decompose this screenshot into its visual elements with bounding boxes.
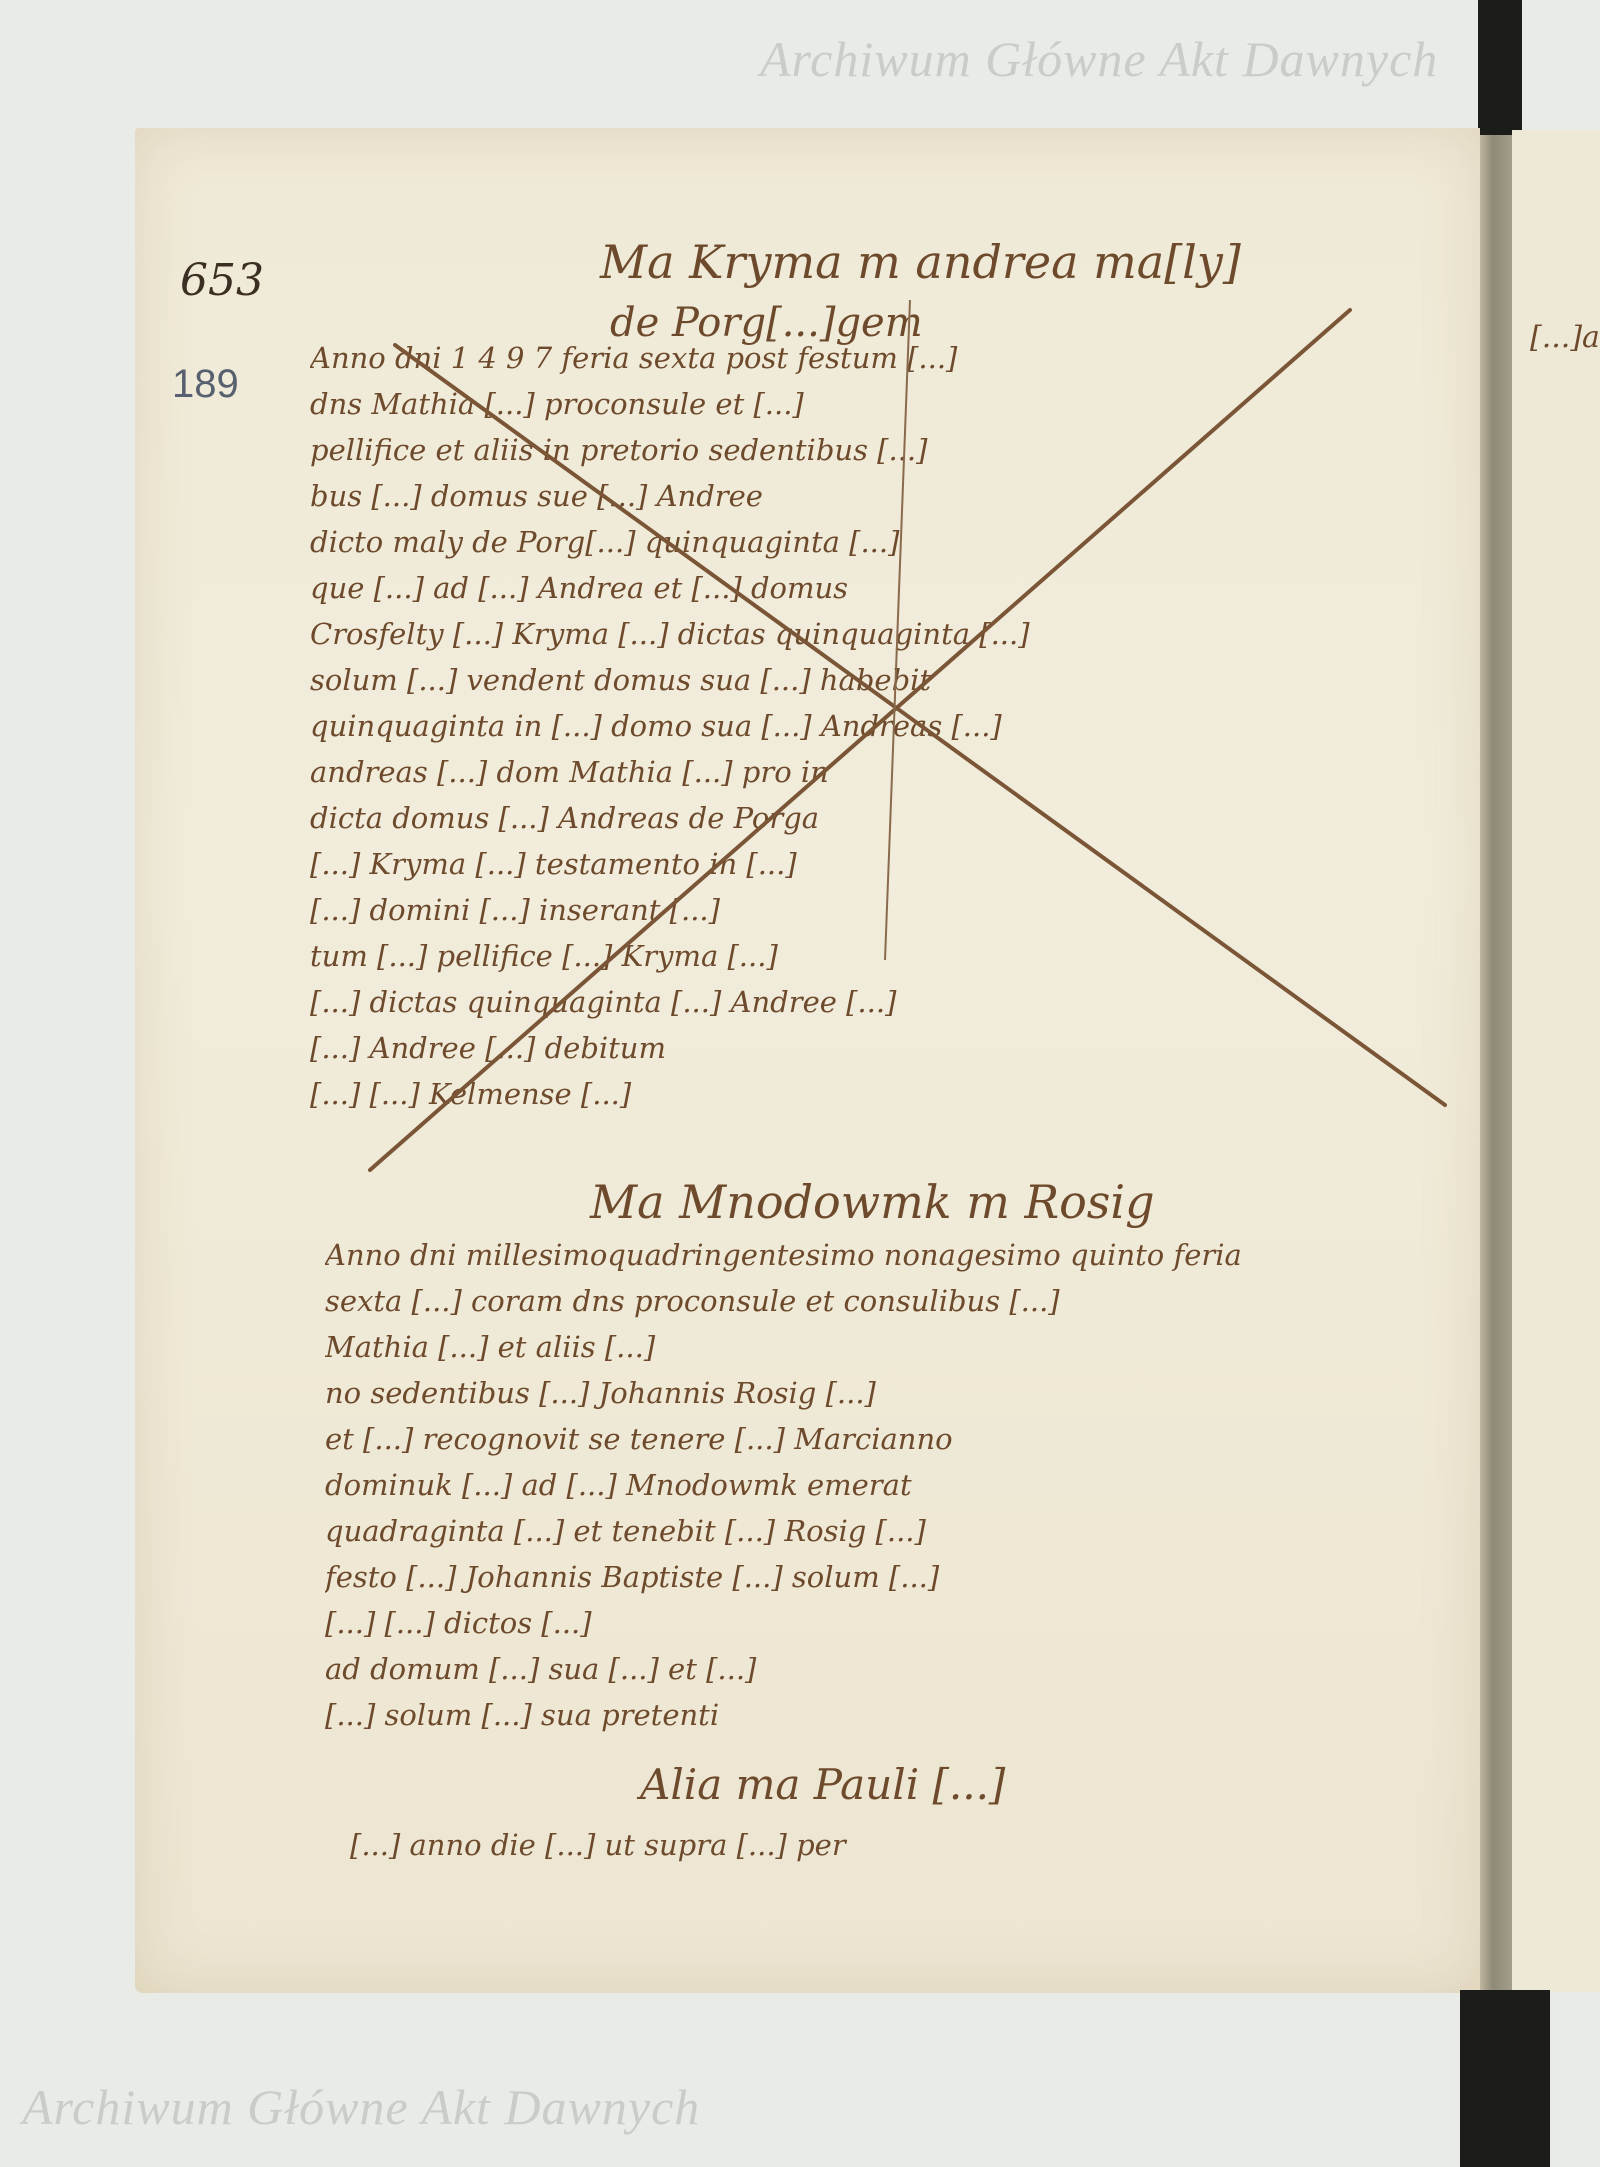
book-gutter [1480,135,1512,1995]
text-line: et [...] recognovit se tenere [...] Marc… [325,1416,1445,1462]
text-line: Anno dni 1 4 9 7 feria sexta post festum… [310,335,1440,381]
text-line: que [...] ad [...] Andrea et [...] domus [310,565,1440,611]
text-line: dicta domus [...] Andreas de Porga [310,795,1440,841]
facing-page-text: [...]ana [1530,320,1600,355]
text-line: quinquaginta in [...] domo sua [...] And… [310,703,1440,749]
text-line: no sedentibus [...] Johannis Rosig [...] [325,1370,1445,1416]
entry-1-heading: Ma Kryma m andrea ma[ly] [600,235,1241,289]
text-line: quadraginta [...] et tenebit [...] Rosig… [325,1508,1445,1554]
text-line: andreas [...] dom Mathia [...] pro in [310,749,1440,795]
binding-strip-top [1478,0,1522,135]
text-line: Mathia [...] et aliis [...] [325,1324,1445,1370]
text-line: dominuk [...] ad [...] Mnodowmk emerat [325,1462,1445,1508]
text-line: [...] domini [...] inserant [...] [310,887,1440,933]
text-line: solum [...] vendent domus sua [...] habe… [310,657,1440,703]
text-line: [...] solum [...] sua pretenti [325,1692,1445,1738]
text-line: tum [...] pellifice [...] Kryma [...] [310,933,1440,979]
facing-page-edge [1512,130,1600,1992]
entry-2-text: Anno dni millesimoquadringentesimo nonag… [325,1232,1445,1738]
entry-3-heading: Alia ma Pauli [...] [640,1760,1005,1809]
text-line: pellifice et aliis in pretorio sedentibu… [310,427,1440,473]
text-line: dns Mathia [...] proconsule et [...] [310,381,1440,427]
text-line: [...] anno die [...] ut supra [...] per [350,1822,1400,1868]
text-line: bus [...] domus sue [...] Andree [310,473,1440,519]
text-line: [...] [...] Kelmense [...] [310,1071,1440,1117]
binding-strip-bottom [1460,1990,1550,2167]
folio-number-pencil: 189 [172,362,239,407]
text-line: Crosfelty [...] Kryma [...] dictas quinq… [310,611,1440,657]
text-line: festo [...] Johannis Baptiste [...] solu… [325,1554,1445,1600]
text-line: [...] [...] dictos [...] [325,1600,1445,1646]
entry-1-text: Anno dni 1 4 9 7 feria sexta post festum… [310,335,1440,1117]
entry-3-text: [...] anno die [...] ut supra [...] per [350,1822,1400,1868]
archive-watermark-bottom: Archiwum Główne Akt Dawnych [22,2078,700,2136]
text-line: [...] Kryma [...] testamento in [...] [310,841,1440,887]
entry-2-heading: Ma Mnodowmk m Rosig [590,1175,1155,1229]
text-line: sexta [...] coram dns proconsule et cons… [325,1278,1445,1324]
text-line: dicto maly de Porg[...] quinquaginta [..… [310,519,1440,565]
folio-number-ink: 653 [180,255,264,306]
text-line: [...] Andree [...] debitum [310,1025,1440,1071]
archive-watermark-top: Archiwum Główne Akt Dawnych [760,30,1438,88]
text-line: ad domum [...] sua [...] et [...] [325,1646,1445,1692]
text-line: [...] dictas quinquaginta [...] Andree [… [310,979,1440,1025]
text-line: Anno dni millesimoquadringentesimo nonag… [325,1232,1445,1278]
